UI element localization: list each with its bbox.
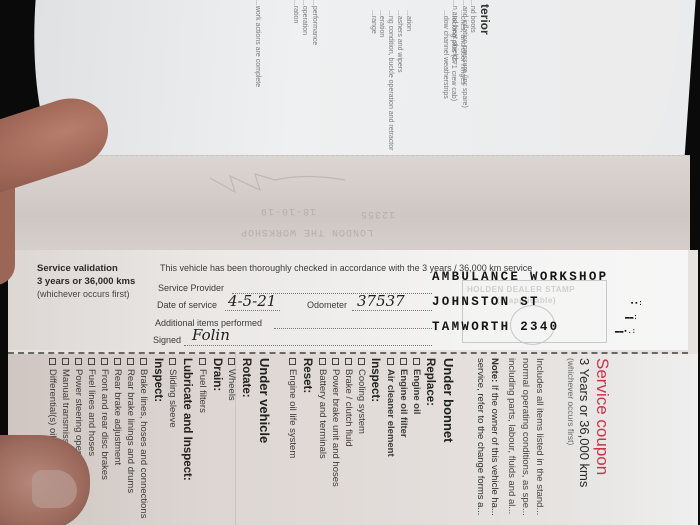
group-reset: Reset: [301, 358, 313, 393]
note-text: service, refer to the change forms a... [475, 358, 486, 515]
upper-line: ...operation [301, 0, 308, 35]
item-label: Engine oil filter [398, 369, 409, 438]
coupon-period-note-col: (whichever occurs first) [562, 358, 580, 445]
group-replace: Replace: [424, 358, 436, 406]
checkbox[interactable] [400, 358, 407, 365]
group-label: Inspect: [369, 358, 381, 402]
checklist-item: Engine oil filter [398, 358, 409, 438]
coupon-note-line: Note: If the owner of this vehicle ha... [489, 358, 500, 516]
signed-label: Signed [153, 335, 181, 345]
validation-note: (whichever occurs first) [37, 289, 130, 299]
upper-heading: terior [478, 4, 492, 35]
checklist-item: Brake lines, hoses and connections [138, 358, 149, 518]
checklist-item: Front and rear disc brakes [99, 358, 110, 480]
additional-items-line [274, 328, 432, 329]
item-label: Battery and terminals [317, 369, 328, 459]
intro-text: including parts, labour, fluids and al..… [506, 358, 517, 514]
upper-line: ...ation [405, 10, 412, 31]
upper-line: ...performance [311, 0, 318, 45]
checklist-item: Rear brake adjustment [112, 358, 123, 465]
section-under-bonnet: Under bonnet [441, 358, 456, 443]
checklist-item: Power brake unit and hoses [330, 358, 341, 487]
group-drain: Drain: [211, 358, 223, 391]
upper-line: ...work actions are complete [254, 0, 261, 87]
section-title: Under vehicle [257, 358, 272, 443]
checklist-item: Sliding sleeve [167, 358, 178, 428]
coupon-intro-line: normal operating conditions, as spe... [520, 358, 531, 516]
checkbox[interactable] [127, 358, 134, 365]
imprint-stamp: LONDON THE WORKSHOP [240, 226, 373, 237]
upper-line: ...ches, and door hinges [459, 10, 466, 85]
checkbox[interactable] [358, 358, 365, 365]
date-value: 4-5-21 [228, 292, 276, 310]
upper-line: ...ashers and wipers [396, 10, 403, 73]
upper-line: ...locking plus (Z71 crew cab) [450, 10, 457, 101]
validation-title: Service validation [37, 263, 118, 274]
checkbox[interactable] [88, 358, 95, 365]
checkbox[interactable] [413, 358, 420, 365]
group-rotate: Rotate: [240, 358, 252, 398]
upper-line: ...ng condition, buckle operation and re… [387, 10, 394, 150]
upper-line: ...ration [292, 0, 299, 23]
item-label: Rear brake linings and drums [125, 369, 136, 493]
stamp-line-2: JOHNSTON ST [432, 295, 540, 309]
thumbnail [32, 470, 77, 508]
section-title: Under bonnet [441, 358, 456, 443]
group-label: Inspect: [152, 358, 164, 402]
group-inspect-under: Inspect: [152, 358, 164, 402]
upper-line: ...dow channel weatherstrips [442, 10, 449, 99]
odometer-line [352, 310, 432, 311]
checkbox[interactable] [228, 358, 235, 365]
stamp-smudge: ▬▬: [625, 314, 638, 322]
checkbox[interactable] [319, 358, 326, 365]
dealer-stamp-placeholder: HOLDEN DEALER STAMP [467, 285, 575, 294]
date-label: Date of service [157, 300, 217, 310]
coupon-note-line: service, refer to the change forms a... [475, 358, 486, 515]
item-label: Air cleaner element [385, 369, 396, 457]
checkbox[interactable] [332, 358, 339, 365]
item-label: Brake lines, hoses and connections [138, 369, 149, 518]
checkbox[interactable] [114, 358, 121, 365]
item-label: Cooling system [356, 369, 367, 434]
group-label: Lubricate and Inspect: [181, 358, 193, 481]
checklist-item: Power steering oper... [73, 358, 84, 461]
coupon-title-col: Service coupon [592, 358, 612, 475]
signed-line [184, 345, 432, 346]
group-label: Reset: [301, 358, 313, 393]
item-label: Fuel lines and hoses [86, 369, 97, 456]
imprint-date: 18-10-19 [260, 205, 316, 216]
coupon-title: Service coupon [593, 358, 612, 475]
odometer-value: 37537 [357, 292, 405, 310]
odometer-label: Odometer [307, 300, 347, 310]
checklist-item: Engine oil life system [287, 358, 298, 458]
date-line [225, 310, 280, 311]
coupon-period-note: (whichever occurs first) [566, 358, 576, 445]
stamp-line-3: TAMWORTH 2340 [432, 320, 559, 334]
checklist-item: Cooling system [356, 358, 367, 434]
coupon-intro-line: including parts, labour, fluids and al..… [506, 358, 517, 514]
group-label: Replace: [424, 358, 436, 406]
checklist-item: Fuel filters [197, 358, 208, 413]
checklist-item: Wheels [226, 358, 237, 401]
group-inspect: Inspect: [369, 358, 381, 402]
checklist-item: Fuel lines and hoses [86, 358, 97, 456]
checkbox[interactable] [169, 358, 176, 365]
item-label: Rear brake adjustment [112, 369, 123, 465]
checkbox[interactable] [140, 358, 147, 365]
section-under-vehicle: Under vehicle [257, 358, 272, 443]
checklist-item: Engine oil [411, 358, 422, 414]
stamp-smudge: ▬▬▪.: [615, 328, 636, 336]
service-provider-label: Service Provider [158, 283, 224, 293]
checkbox[interactable] [101, 358, 108, 365]
note-text: If the owner of this vehicle ha... [489, 385, 500, 516]
validation-period: 3 years or 36,000 kms [37, 276, 135, 287]
checkbox[interactable] [289, 358, 296, 365]
checkbox[interactable] [62, 358, 69, 365]
upper-line: ...range [370, 10, 377, 34]
item-label: Sliding sleeve [167, 369, 178, 428]
group-label: Rotate: [240, 358, 252, 398]
item-label: Brake / clutch fluid [343, 369, 354, 447]
group-label: Drain: [211, 358, 223, 391]
coupon-intro-line: Includes all items listed in the stand..… [534, 358, 545, 515]
stamp-line-1: AMBULANCE WORKSHOP [432, 270, 608, 284]
item-label: Engine oil [411, 369, 422, 414]
intro-text: Includes all items listed in the stand..… [534, 358, 545, 515]
checklist-item: Brake / clutch fluid [343, 358, 354, 447]
item-label: Wheels [226, 369, 237, 401]
group-lubricate-inspect: Lubricate and Inspect: [181, 358, 193, 481]
faint-signature-imprint [205, 170, 355, 198]
stamp-smudge: ▪▪: [630, 300, 643, 308]
note-label: Note: [489, 358, 500, 382]
checklist-item: Rear brake linings and drums [125, 358, 136, 493]
checkbox[interactable] [345, 358, 352, 365]
signature: Folin [192, 326, 230, 344]
imprint-odometer: 12355 [360, 208, 395, 219]
checkbox[interactable] [199, 358, 206, 365]
checkbox[interactable] [75, 358, 82, 365]
item-label: Power brake unit and hoses [330, 369, 341, 487]
checklist-item: Battery and terminals [317, 358, 328, 459]
intro-text: normal operating conditions, as spe... [520, 358, 531, 516]
checkbox[interactable] [387, 358, 394, 365]
item-label: Front and rear disc brakes [99, 369, 110, 480]
checkbox[interactable] [49, 358, 56, 365]
item-label: Engine oil life system [287, 369, 298, 458]
checklist-item: Air cleaner element [385, 358, 396, 457]
upper-line: ...eration [378, 10, 385, 37]
item-label: Fuel filters [197, 369, 208, 413]
upper-line: ...nd boots [469, 0, 476, 33]
